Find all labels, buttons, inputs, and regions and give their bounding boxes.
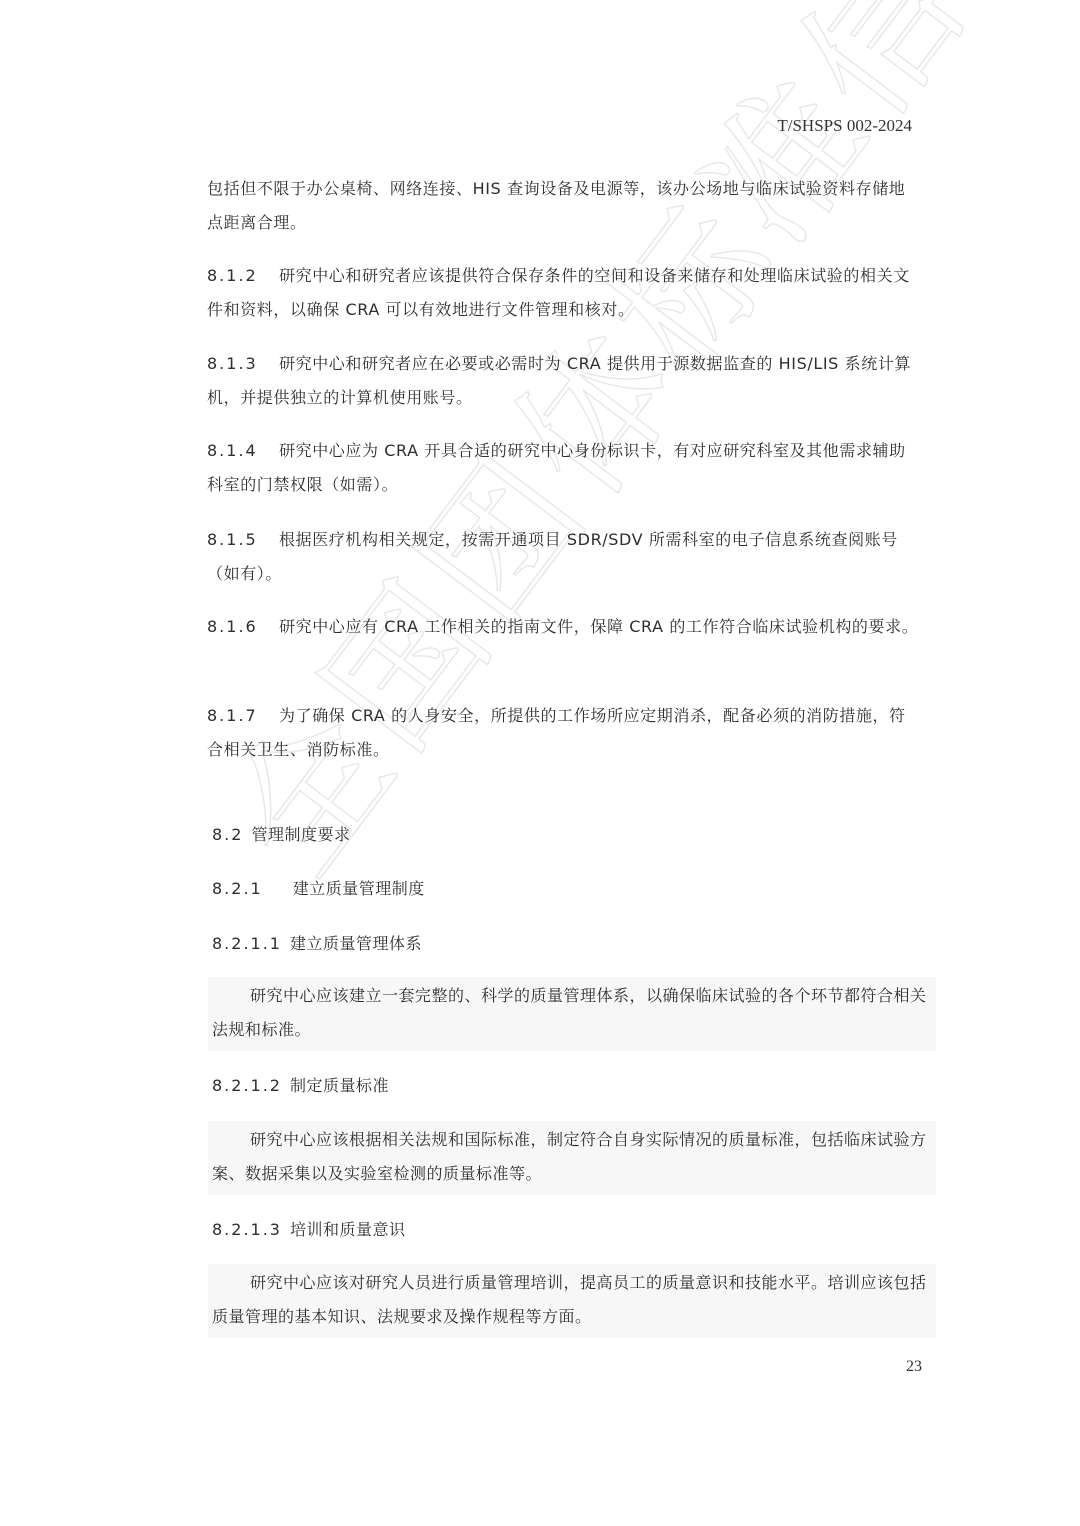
clause-8-1-4: 8.1.4研究中心应为 CRA 开具合适的研究中心身份标识卡，有对应研究科室及其…: [207, 434, 919, 502]
clause-number: 8.1.7: [207, 699, 279, 733]
document-code: T/SHSPS 002-2024: [777, 116, 912, 136]
section-title: 建立质量管理制度: [293, 879, 425, 898]
subsection-body-8-2-1-2: 研究中心应该根据相关法规和国际标准，制定符合自身实际情况的质量标准，包括临床试验…: [208, 1121, 936, 1195]
subsection-heading-8-2-1-1: 8.2.1.1建立质量管理体系: [212, 931, 422, 954]
continuation-paragraph: 包括但不限于办公桌椅、网络连接、HIS 查询设备及电源等，该办公场地与临床试验资…: [207, 172, 919, 240]
clause-number: 8.1.4: [207, 434, 279, 468]
subsection-title: 建立质量管理体系: [290, 934, 422, 953]
section-title: 管理制度要求: [251, 825, 350, 844]
subsection-number: 8.2.1.2: [212, 1076, 282, 1095]
section-number: 8.2.1: [212, 879, 263, 898]
clause-number: 8.1.2: [207, 259, 279, 293]
clause-number: 8.1.6: [207, 610, 279, 644]
clause-text: 研究中心应为 CRA 开具合适的研究中心身份标识卡，有对应研究科室及其他需求辅助…: [207, 441, 906, 494]
clause-text: 研究中心应有 CRA 工作相关的指南文件，保障 CRA 的工作符合临床试验机构的…: [279, 617, 918, 636]
clause-number: 8.1.3: [207, 347, 279, 381]
clause-8-1-7: 8.1.7为了确保 CRA 的人身安全，所提供的工作场所应定期消杀，配备必须的消…: [207, 699, 919, 767]
subsection-heading-8-2-1-3: 8.2.1.3培训和质量意识: [212, 1217, 406, 1240]
clause-text: 研究中心和研究者应该提供符合保存条件的空间和设备来储存和处理临床试验的相关文件和…: [207, 266, 910, 319]
section-number: 8.2: [212, 825, 243, 844]
section-heading-8-2: 8.2管理制度要求: [212, 822, 350, 845]
subsection-number: 8.2.1.3: [212, 1220, 282, 1239]
clause-text: 研究中心和研究者应在必要或必需时为 CRA 提供用于源数据监查的 HIS/LIS…: [207, 354, 911, 407]
clause-number: 8.1.5: [207, 523, 279, 557]
page-number: 23: [906, 1358, 922, 1376]
subsection-title: 制定质量标准: [290, 1076, 389, 1095]
subsection-body-8-2-1-1: 研究中心应该建立一套完整的、科学的质量管理体系，以确保临床试验的各个环节都符合相…: [208, 977, 936, 1051]
subsection-number: 8.2.1.1: [212, 934, 282, 953]
paragraph-text: 包括但不限于办公桌椅、网络连接、HIS 查询设备及电源等，该办公场地与临床试验资…: [207, 179, 905, 232]
section-heading-8-2-1: 8.2.1建立质量管理制度: [212, 876, 425, 899]
clause-8-1-2: 8.1.2研究中心和研究者应该提供符合保存条件的空间和设备来储存和处理临床试验的…: [207, 259, 919, 327]
document-page: 全国团体标准信息平台 T/SHSPS 002-2024 包括但不限于办公桌椅、网…: [0, 0, 1080, 1526]
clause-text: 根据医疗机构相关规定，按需开通项目 SDR/SDV 所需科室的电子信息系统查阅账…: [207, 530, 898, 583]
clause-8-1-3: 8.1.3研究中心和研究者应在必要或必需时为 CRA 提供用于源数据监查的 HI…: [207, 347, 919, 415]
subsection-body-8-2-1-3: 研究中心应该对研究人员进行质量管理培训，提高员工的质量意识和技能水平。培训应该包…: [208, 1264, 936, 1338]
clause-text: 为了确保 CRA 的人身安全，所提供的工作场所应定期消杀，配备必须的消防措施，符…: [207, 706, 906, 759]
subsection-title: 培训和质量意识: [290, 1220, 406, 1239]
clause-8-1-6: 8.1.6研究中心应有 CRA 工作相关的指南文件，保障 CRA 的工作符合临床…: [207, 610, 919, 644]
clause-8-1-5: 8.1.5根据医疗机构相关规定，按需开通项目 SDR/SDV 所需科室的电子信息…: [207, 523, 919, 591]
subsection-heading-8-2-1-2: 8.2.1.2制定质量标准: [212, 1073, 389, 1096]
